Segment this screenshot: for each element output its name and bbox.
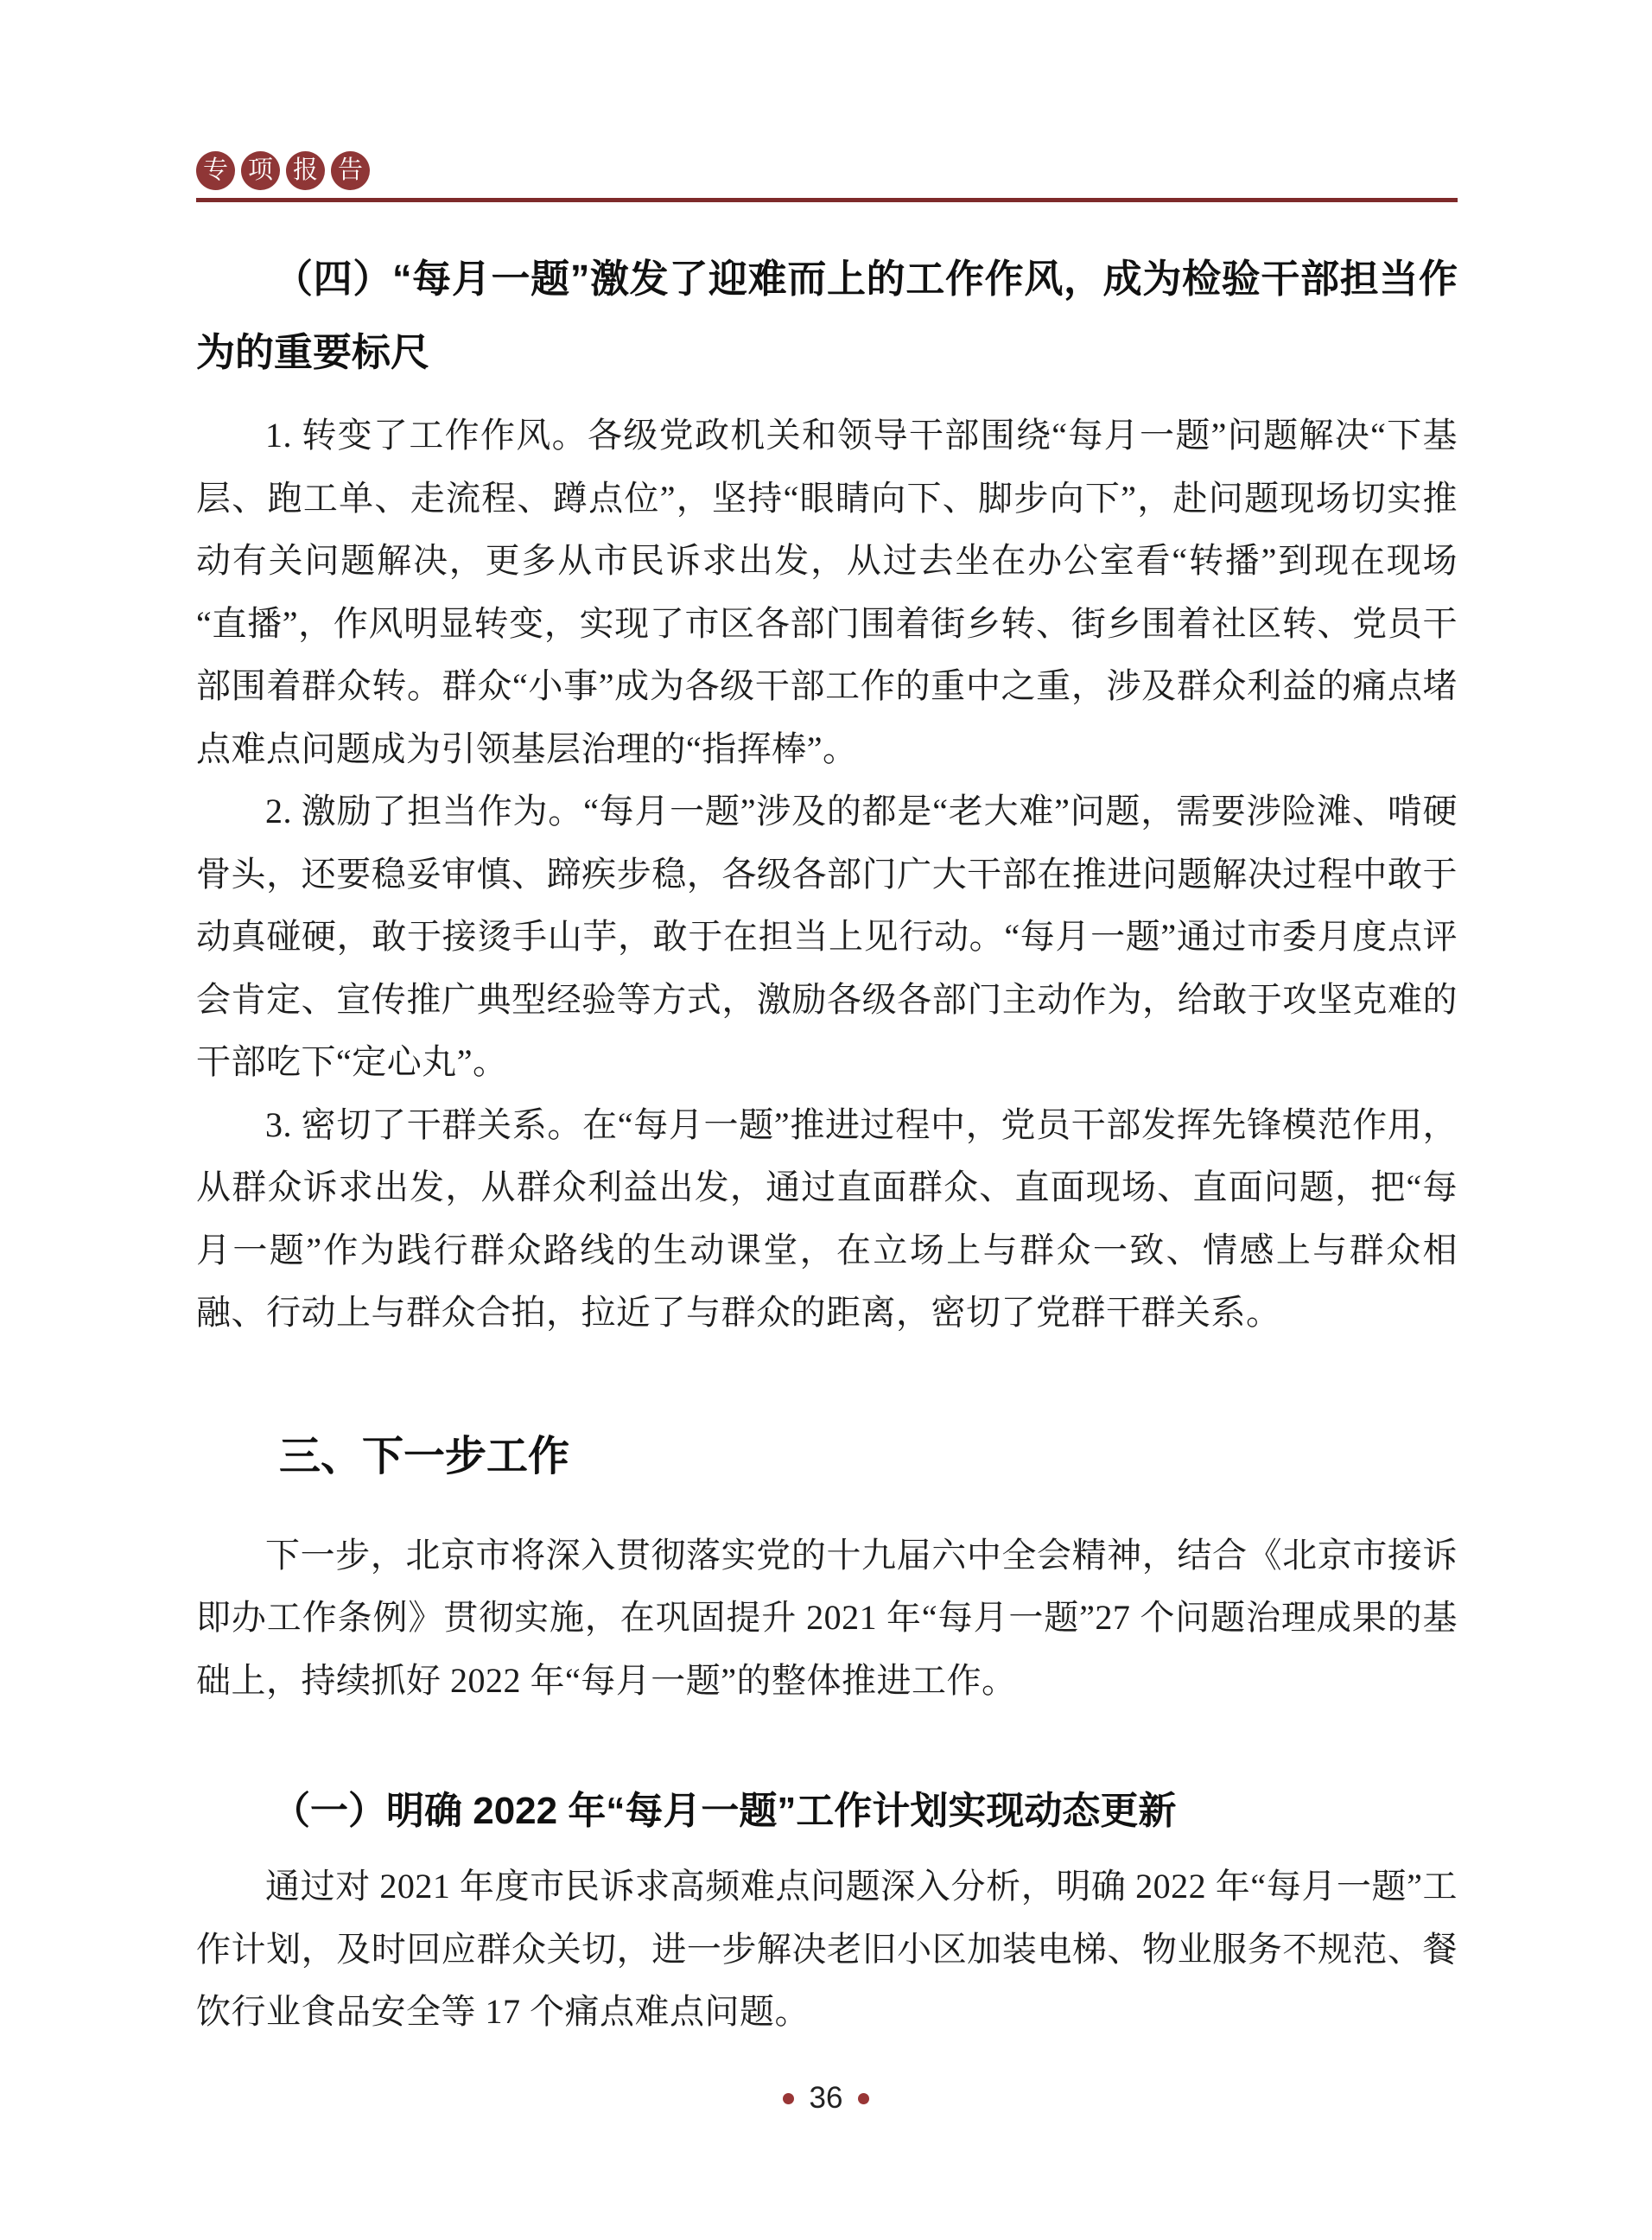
page-header: 专 项 报 告 <box>196 0 1458 202</box>
badge-char-3: 报 <box>286 151 325 190</box>
page-footer: 36 <box>0 2081 1652 2116</box>
chapter-heading-three: 三、下一步工作 <box>196 1431 1458 1483</box>
badge-char-2: 项 <box>241 151 280 190</box>
footer-dot-left <box>783 2093 794 2104</box>
report-type-badge: 专 项 报 告 <box>196 151 1458 190</box>
paragraph-5: 通过对 2021 年度市民诉求高频难点问题深入分析，明确 2022 年“每月一题… <box>196 1855 1458 2044</box>
paragraph-2: 2. 激励了担当作为。“每月一题”涉及的都是“老大难”问题，需要涉险滩、啃硬骨头… <box>196 780 1458 1094</box>
page-number: 36 <box>810 2081 843 2116</box>
document-page: 专 项 报 告 （四）“每月一题”激发了迎难而上的工作作风，成为检验干部担当作为… <box>0 0 1652 2240</box>
paragraph-3: 3. 密切了干群关系。在“每月一题”推进过程中，党员干部发挥先锋模范作用，从群众… <box>196 1094 1458 1345</box>
paragraph-4: 下一步，北京市将深入贯彻落实党的十九届六中全会精神，结合《北京市接诉即办工作条例… <box>196 1524 1458 1713</box>
subsection-heading-one: （一）明确 2022 年“每月一题”工作计划实现动态更新 <box>196 1787 1458 1836</box>
badge-char-4: 告 <box>331 151 370 190</box>
paragraph-1: 1. 转变了工作作风。各级党政机关和领导干部围绕“每月一题”问题解决“下基层、跑… <box>196 404 1458 780</box>
section-heading-four: （四）“每月一题”激发了迎难而上的工作作风，成为检验干部担当作为的重要标尺 <box>196 242 1458 389</box>
footer-dot-right <box>858 2093 869 2104</box>
badge-char-1: 专 <box>196 151 235 190</box>
header-rule <box>196 198 1458 202</box>
